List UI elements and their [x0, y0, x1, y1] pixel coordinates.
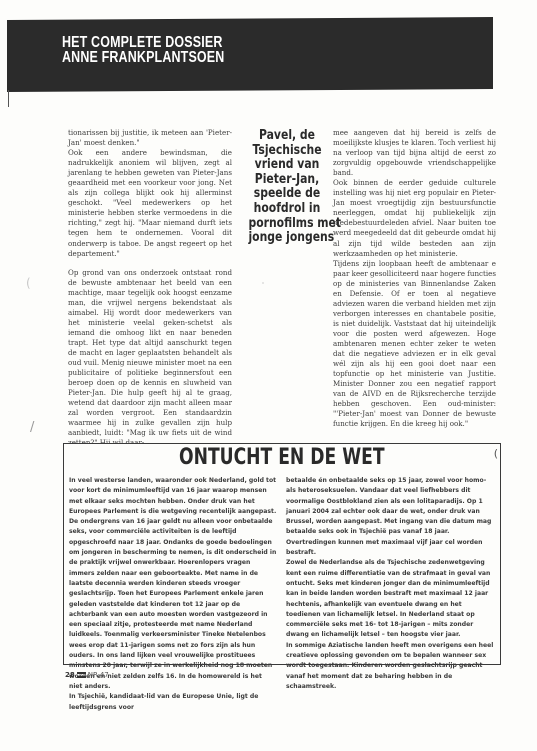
header-rule — [8, 90, 9, 107]
scan-mark: ( — [494, 447, 498, 460]
page-number: 28 — [65, 671, 75, 679]
paragraph: Zowel de Nederlandse als de Tsjechische … — [286, 558, 494, 640]
sidebar-box: ONTUCHT EN DE WET ( In veel westerse lan… — [63, 443, 501, 665]
separator-icon — [77, 672, 86, 678]
pull-quote: Pavel, de Tsjechische vriend van Pieter-… — [240, 129, 334, 246]
article-column-right: mee aangeven dat hij bereid is zelfs de … — [333, 128, 496, 429]
paragraph: Tijdens zijn loopbaan heeft de ambtenaar… — [333, 259, 496, 430]
pull-quote-line: hoofdrol in — [248, 202, 325, 217]
pull-quote-line: Tsjechische — [248, 144, 325, 159]
page-footer: 28NR.47 — [65, 671, 109, 679]
article-column-left: tionarissen bij justitie, ik meteen aan … — [68, 128, 232, 448]
section-title: HET COMPLETE DOSSIER ANNE FRANKPLANTSOEN — [62, 35, 224, 65]
sidebar-box-title: ONTUCHT EN DE WET — [64, 446, 500, 470]
sidebar-box-title-text: ONTUCHT EN DE WET — [179, 446, 385, 470]
paragraph: Op grond van ons onderzoek ontstaat rond… — [68, 268, 232, 449]
paragraph: mee aangeven dat hij bereid is zelfs de … — [333, 128, 496, 178]
paragraph: In Tsjechië, kandidaat-lid van de Europe… — [69, 692, 277, 713]
paragraph: In sommige Aziatische landen heeft men o… — [286, 641, 494, 692]
paragraph: In veel westerse landen, waaronder ook N… — [69, 476, 277, 692]
pull-quote-line: jonge jongens — [248, 231, 325, 246]
pull-quote-line: pornofilms met — [248, 217, 325, 232]
paragraph: tionarissen bij justitie, ik meteen aan … — [68, 128, 232, 148]
paragraph: Ook een andere bewindsman, die nadrukkel… — [68, 148, 232, 259]
pen-mark: / — [30, 420, 34, 435]
issue-number: NR.47 — [88, 671, 109, 679]
pull-quote-line: vriend van — [248, 158, 325, 173]
scan-speck — [262, 282, 264, 284]
sidebar-box-column-right: betaalde én onbetaalde seks op 15 jaar, … — [286, 476, 494, 692]
section-title-line1: HET COMPLETE DOSSIER — [62, 35, 224, 50]
pull-quote-line: Pavel, de — [248, 129, 325, 144]
section-title-line2: ANNE FRANKPLANTSOEN — [62, 50, 224, 65]
paragraph: betaalde én onbetaalde seks op 15 jaar, … — [286, 476, 494, 558]
scan-mark: ( — [26, 276, 31, 290]
paragraph: Ook binnen de eerder geduide culturele i… — [333, 178, 496, 258]
pull-quote-line: Pieter-Jan, — [248, 173, 325, 188]
pull-quote-line: speelde de — [248, 187, 325, 202]
